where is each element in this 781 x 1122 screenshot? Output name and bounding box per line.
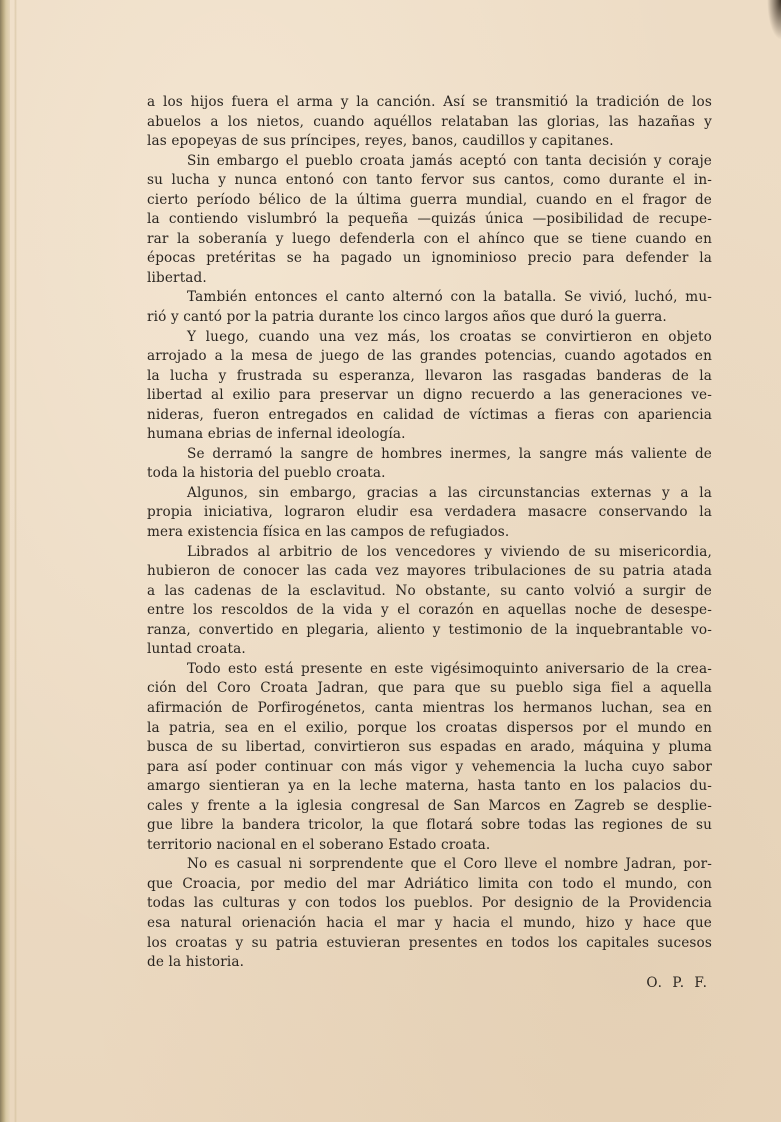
text-line: rar la soberanía y luego defenderla con … <box>147 230 712 250</box>
text-line: busca de su libertad, convirtieron sus e… <box>147 738 712 758</box>
text-line: la contiendo vislumbró la pequeña —quizá… <box>147 210 712 230</box>
paragraph: Librados al arbitrio de los vencedores y… <box>147 543 712 660</box>
text-line: cierto período bélico de la última guerr… <box>147 191 712 211</box>
body-text: a los hijos fuera el arma y la canción. … <box>147 93 712 973</box>
text-line: mera existencia física en las campos de … <box>147 523 712 543</box>
text-line: para así poder continuar con más vigor y… <box>147 758 712 778</box>
text-line: arrojado a la mesa de juego de las grand… <box>147 347 712 367</box>
text-line: de la historia. <box>147 953 712 973</box>
text-line: épocas pretéritas se ha pagado un ignomi… <box>147 249 712 269</box>
text-line: amargo sientieran ya en la leche materna… <box>147 777 712 797</box>
text-line: libertad. <box>147 269 712 289</box>
paragraph: Y luego, cuando una vez más, los croatas… <box>147 328 712 445</box>
text-line: rió y cantó por la patria durante los ci… <box>147 308 712 328</box>
text-line: a las cadenas de la esclavitud. No obsta… <box>147 582 712 602</box>
text-line: afirmación de Porfirogénetos, canta mien… <box>147 699 712 719</box>
text-line: esa natural orienación hacia el mar y ha… <box>147 914 712 934</box>
text-line: También entonces el canto alternó con la… <box>147 288 712 308</box>
text-line: cales y frente a la iglesia congresal de… <box>147 797 712 817</box>
text-line: Sin embargo el pueblo croata jamás acept… <box>147 152 712 172</box>
paragraph: Se derramó la sangre de hombres inermes,… <box>147 445 712 484</box>
text-line: humana ebrias de infernal ideología. <box>147 425 712 445</box>
text-line: Y luego, cuando una vez más, los croatas… <box>147 328 712 348</box>
page-binding-edge <box>0 0 10 1122</box>
text-line: entre los rescoldos de la vida y el cora… <box>147 601 712 621</box>
binding-crease <box>14 0 17 1122</box>
text-line: todas las culturas y con todos los puebl… <box>147 894 712 914</box>
paragraph: También entonces el canto alternó con la… <box>147 288 712 327</box>
paragraph: Algunos, sin embargo, gracias a las circ… <box>147 484 712 543</box>
text-line: la patria, sea en el exilio, porque los … <box>147 719 712 739</box>
text-line: nideras, fueron entregados en calidad de… <box>147 406 712 426</box>
text-line: los croatas y su patria estuvieran prese… <box>147 934 712 954</box>
text-line: territorio nacional en el soberano Estad… <box>147 836 712 856</box>
text-line: ción del Coro Croata Jadran, que para qu… <box>147 679 712 699</box>
text-line: toda la historia del pueblo croata. <box>147 464 712 484</box>
text-line: gue libre la bandera tricolor, la que fl… <box>147 816 712 836</box>
text-line: libertad al exilio para preservar un dig… <box>147 386 712 406</box>
text-line: su lucha y nunca entonó con tanto fervor… <box>147 171 712 191</box>
scanned-page: a los hijos fuera el arma y la canción. … <box>0 0 781 1122</box>
text-line: Todo esto está presente en este vigésimo… <box>147 660 712 680</box>
text-line: propia iniciativa, lograron eludir esa v… <box>147 503 712 523</box>
text-line: que Croacia, por medio del mar Adriático… <box>147 875 712 895</box>
paragraph: a los hijos fuera el arma y la canción. … <box>147 93 712 152</box>
text-line: a los hijos fuera el arma y la canción. … <box>147 93 712 113</box>
paragraph: Sin embargo el pueblo croata jamás acept… <box>147 152 712 289</box>
text-line: Se derramó la sangre de hombres inermes,… <box>147 445 712 465</box>
text-line: Librados al arbitrio de los vencedores y… <box>147 543 712 563</box>
corner-shadow <box>767 0 781 40</box>
text-line: ranza, convertido en plegaria, aliento y… <box>147 621 712 641</box>
author-signature: O. P. F. <box>646 975 708 991</box>
text-line: No es casual ni sorprendente que el Coro… <box>147 855 712 875</box>
text-line: las epopeyas de sus príncipes, reyes, ba… <box>147 132 712 152</box>
text-line: Algunos, sin embargo, gracias a las circ… <box>147 484 712 504</box>
text-line: la lucha y frustrada su esperanza, lleva… <box>147 367 712 387</box>
text-line: hubieron de conocer las cada vez mayores… <box>147 562 712 582</box>
paragraph: No es casual ni sorprendente que el Coro… <box>147 855 712 972</box>
text-line: abuelos a los nietos, cuando aquéllos re… <box>147 113 712 133</box>
paragraph: Todo esto está presente en este vigésimo… <box>147 660 712 855</box>
text-line: luntad croata. <box>147 640 712 660</box>
